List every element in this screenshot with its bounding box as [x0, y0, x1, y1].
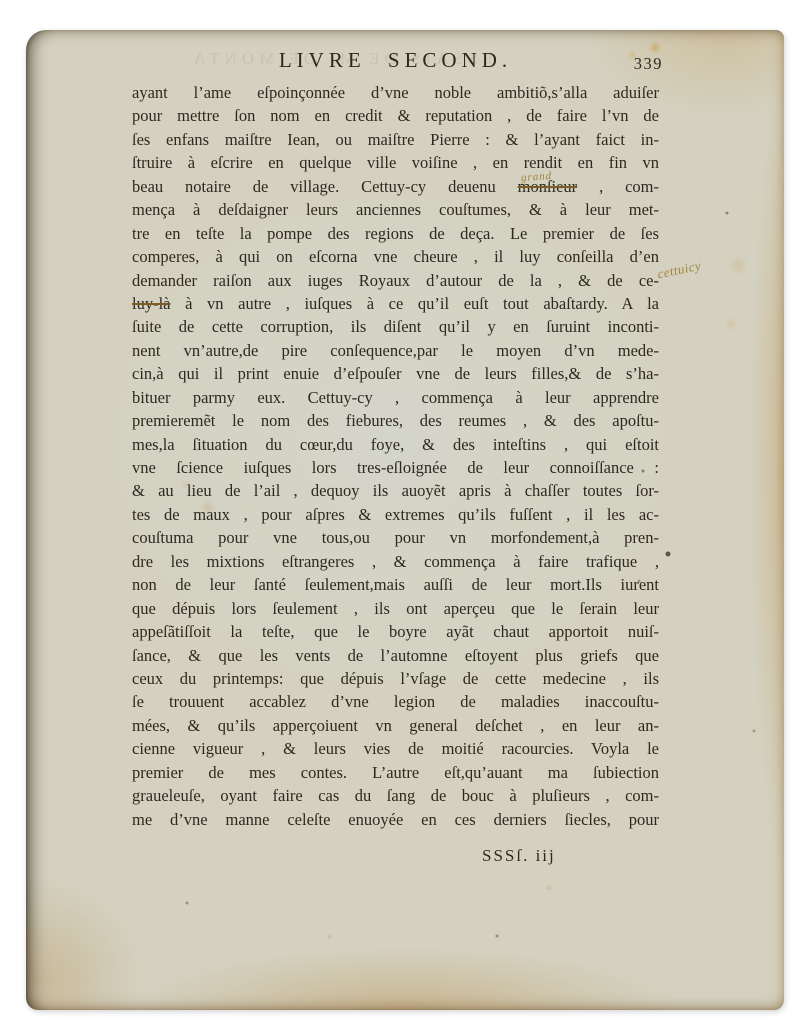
text-line: ſes enfans maiſtre Iean, ou maiſtre Pier…	[132, 128, 659, 151]
text-line: mées, & qu’ils apperçoiuent vn general d…	[132, 714, 659, 737]
line-segment: , com-	[577, 177, 659, 196]
text-line: nent vn’autre,de pire conſequence,par le…	[132, 339, 659, 362]
text-line: vne ſcience iuſques lors tres-eſloignée …	[132, 456, 659, 479]
text-line: dre les mixtions eſtrangeres , & commenç…	[132, 550, 659, 573]
line-segment: à vn autre , iuſques à ce qu’il euſt tou…	[171, 294, 660, 313]
header-title: LIVRE SECOND.	[132, 48, 659, 73]
text-line: non de leur ſanté ſeulement,mais auſſi d…	[132, 573, 659, 596]
text-line: bituer parmy eux. Cettuy-cy , commença à…	[132, 386, 659, 409]
text-line: comperes, à qui on eſcorna vne cheure , …	[132, 245, 659, 268]
book-page: ESSAIS DE M. DE MONTA LIVRE SECOND. 339 …	[26, 30, 784, 1010]
scanned-book-photo: ESSAIS DE M. DE MONTA LIVRE SECOND. 339 …	[0, 0, 792, 1024]
text-line: & au lieu de l’ail , dequoy ils auoyẽt a…	[132, 479, 659, 502]
running-header: ESSAIS DE M. DE MONTA LIVRE SECOND. 339	[132, 48, 659, 78]
text-line: ſance, & que les vents de l’automne eſto…	[132, 644, 659, 667]
text-line: mes,la ſituation du cœur,du foye, & des …	[132, 433, 659, 456]
text-block: ESSAIS DE M. DE MONTA LIVRE SECOND. 339 …	[132, 48, 659, 866]
paper-specks	[26, 30, 28, 32]
text-line: mença à deſdaigner leurs anciennes couſt…	[132, 198, 659, 221]
line-segment: beau notaire de village. Cettuy-cy deuen…	[132, 177, 518, 196]
text-line: pour mettre ſon nom en credit & reputati…	[132, 104, 659, 127]
text-line: cienne vigueur , & leurs vies de moitié …	[132, 737, 659, 760]
text-line: beau notaire de village. Cettuy-cy deuen…	[132, 175, 659, 198]
body-text: ayant l’ame eſpoinçonnée d’vne noble amb…	[132, 81, 659, 831]
text-line: tre en teſte la pompe des regions de deç…	[132, 222, 659, 245]
text-line: luy-là à vn autre , iuſques à ce qu’il e…	[132, 292, 659, 315]
text-line: ſuite de cette corruption, ils diſent qu…	[132, 315, 659, 338]
text-line: demander raiſon aux iuges Royaux d’autou…	[132, 269, 659, 292]
text-line: ſe trouuent accablez d’vne legion de mal…	[132, 690, 659, 713]
text-line: appeſãtiſſoit la teſte, que le boyre ayã…	[132, 620, 659, 643]
page-number: 339	[634, 54, 663, 74]
text-line: ceux du printemps: que dépuis l’vſage de…	[132, 667, 659, 690]
signature-mark: SSSſ. iij	[482, 846, 659, 866]
struck-word-text: luy-là	[132, 294, 171, 313]
text-line: tes de maux , pour aſpres & extremes qu’…	[132, 503, 659, 526]
struck-word-monsieur: grandmonſieur	[518, 177, 578, 196]
text-line: que dépuis lors ſeulement , ils ont aper…	[132, 597, 659, 620]
handwritten-correction-grand: grand	[520, 165, 553, 191]
text-line: premieremẽt le nom des fiebures, des reu…	[132, 409, 659, 432]
text-line: me d’vne manne celeſte enuoyée en ces de…	[132, 808, 659, 831]
margin-annotation-cettuicy: cettuicy	[655, 258, 702, 283]
text-line: ſtruire à eſcrire en quelque ville voiſi…	[132, 151, 659, 174]
text-line: couſtuma pour vne tous,ou pour vn morfon…	[132, 526, 659, 549]
text-line: ayant l’ame eſpoinçonnée d’vne noble amb…	[132, 81, 659, 104]
struck-word-luyla: luy-là	[132, 294, 171, 313]
text-line: premier de mes contes. L’autre eſt,qu’au…	[132, 761, 659, 784]
text-line: graueleuſe, oyant faire cas du ſang de b…	[132, 784, 659, 807]
text-line: cin,à qui il print enuie d’eſpouſer vne …	[132, 362, 659, 385]
